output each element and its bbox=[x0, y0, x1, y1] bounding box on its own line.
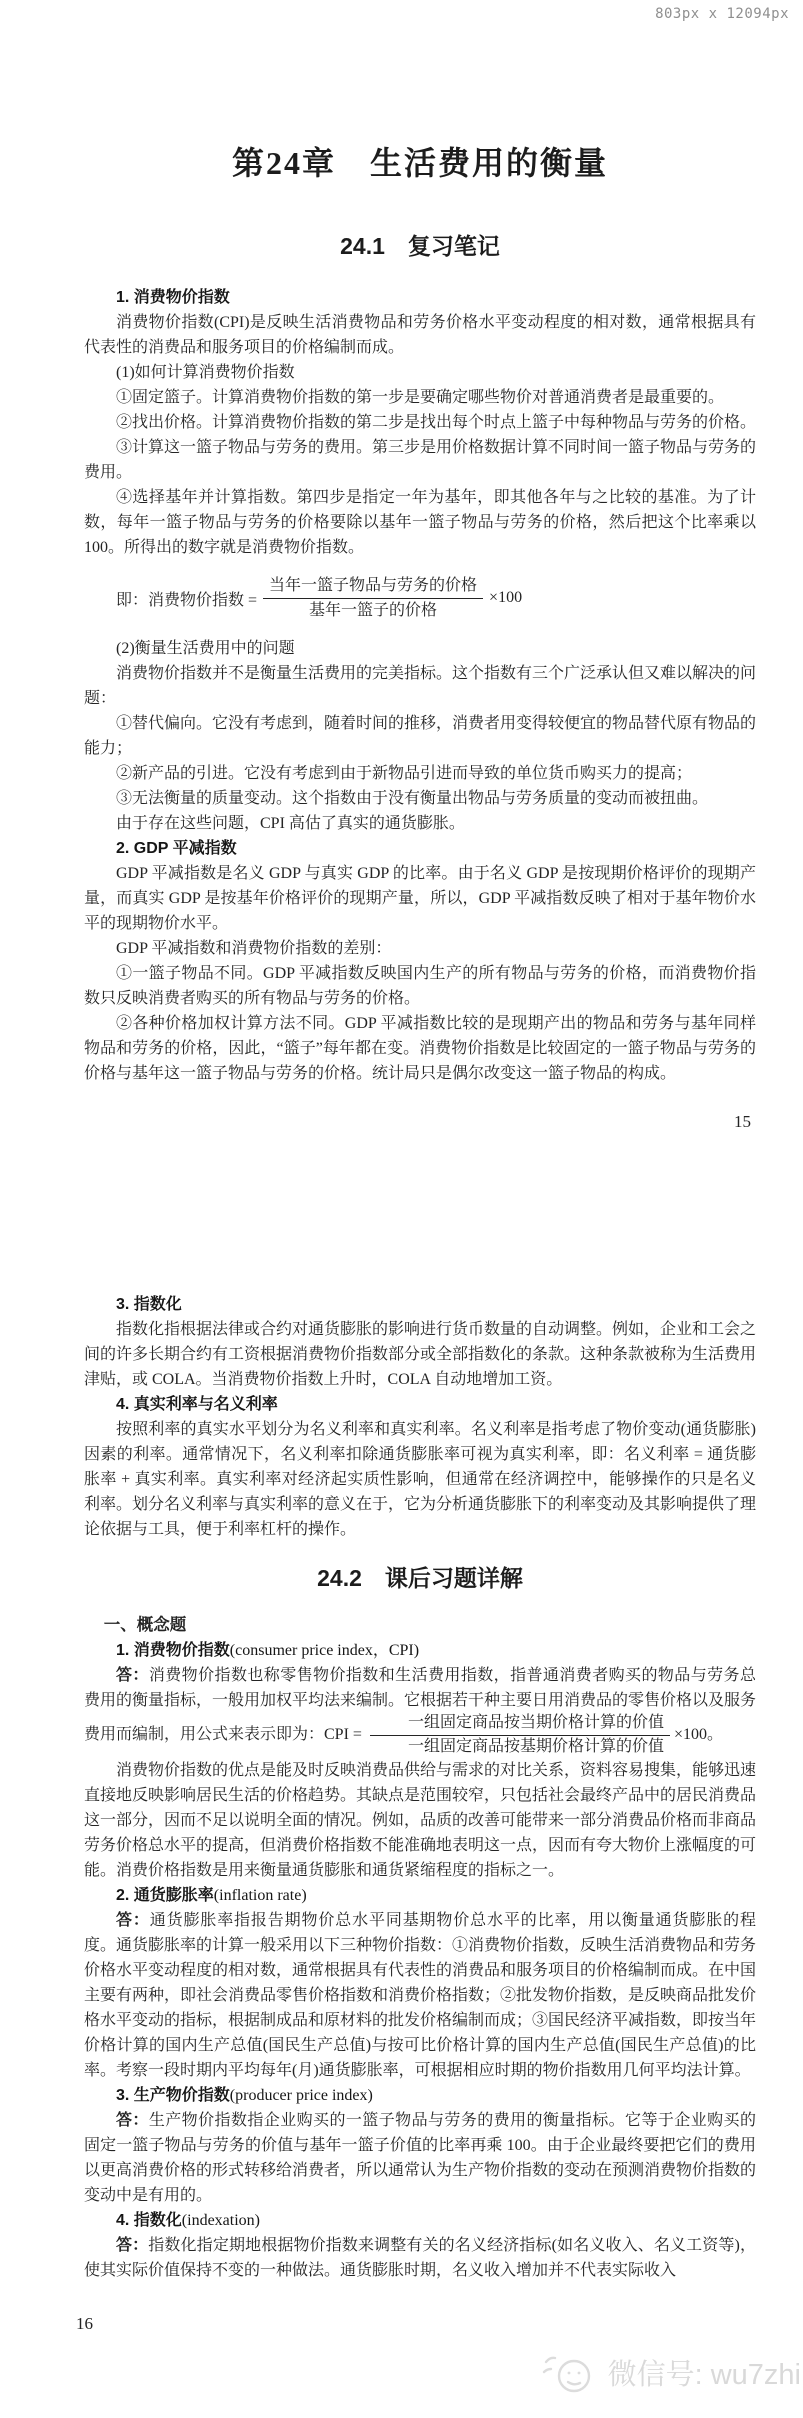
fraction-denominator: 基年一篮子的价格 bbox=[263, 599, 483, 622]
section-title-24-1: 24.1 复习笔记 bbox=[84, 228, 756, 261]
inline-fraction-denominator: 一组固定商品按基期价格计算的价值 bbox=[370, 1736, 670, 1758]
heading-cpi: 1. 消费物价指数 bbox=[84, 285, 756, 310]
answer-4: 答：指数化指定期地根据物价指数来调整有关的名义经济指标(如名义收入、名义工资等)… bbox=[84, 2233, 756, 2283]
cpi-inline-fraction: 一组固定商品按当期价格计算的价值 一组固定商品按基期价格计算的价值 bbox=[370, 1713, 670, 1758]
answer-1-continued: 消费物价指数的优点是能及时反映消费品供给与需求的对比关系，资料容易搜集，能够迅速… bbox=[84, 1758, 756, 1883]
section-title-24-2: 24.2 课后习题详解 bbox=[84, 1560, 756, 1593]
wechat-watermark-text: 微信号: wu7zhi bbox=[608, 2352, 801, 2393]
answer-4-text: 指数化指定期地根据物价指数来调整有关的名义经济指标(如名义收入、名义工资等)，使… bbox=[84, 2237, 756, 2279]
question-1-title-en: (consumer price index，CPI) bbox=[230, 1642, 419, 1659]
para-gdp-cpi-differences-head: GDP 平减指数和消费物价指数的差别： bbox=[84, 936, 756, 961]
para-cpi-definition: 消费物价指数(CPI)是反映生活消费物品和劳务价格水平变动程度的相对数，通常根据… bbox=[84, 310, 756, 360]
heading-concept-questions: 一、概念题 bbox=[84, 1613, 756, 1638]
answer-1: 答：消费物价指数也称零售物价指数和生活费用指数，指普通消费者购买的物品与劳务总费… bbox=[84, 1663, 756, 1758]
book-page-15: 第24章 生活费用的衡量 24.1 复习笔记 1. 消费物价指数 消费物价指数(… bbox=[84, 138, 756, 1086]
chapter-title: 第24章 生活费用的衡量 bbox=[84, 138, 756, 184]
page-number-15: 15 bbox=[734, 1112, 751, 1132]
para-step3-compute-cost: ③计算这一篮子物品与劳务的费用。第三步是用价格数据计算不同时间一篮子物品与劳务的… bbox=[84, 435, 756, 485]
answer-4-label: 答： bbox=[116, 2237, 148, 2254]
para-real-nominal-rates: 按照利率的真实水平划分为名义利率和真实利率。名义利率是指考虑了物价变动(通货膨胀… bbox=[84, 1417, 756, 1542]
inline-fraction-numerator: 一组固定商品按当期价格计算的价值 bbox=[370, 1713, 670, 1736]
answer-3-label: 答： bbox=[116, 2112, 149, 2129]
answer-3: 答：生产物价指数指企业购买的一篮子物品与劳务的费用的衡量指标。它等于企业购买的固… bbox=[84, 2108, 756, 2208]
answer-2-label: 答： bbox=[116, 1912, 150, 1929]
para-gdp-cpi-difference-2: ②各种价格加权计算方法不同。GDP 平减指数比较的是现期产出的物品和劳务与基年同… bbox=[84, 1011, 756, 1086]
page-number-16: 16 bbox=[76, 2314, 93, 2334]
scanned-book-page: 803px x 12094px 第24章 生活费用的衡量 24.1 复习笔记 1… bbox=[0, 0, 803, 2418]
para-how-to-compute: (1)如何计算消费物价指数 bbox=[84, 360, 756, 385]
image-dimensions-label: 803px x 12094px bbox=[655, 6, 789, 22]
question-2-title: 2. 通货膨胀率(inflation rate) bbox=[84, 1883, 756, 1908]
cpi-display-formula: 即：消费物价指数 = 当年一篮子物品与劳务的价格 基年一篮子的价格 ×100 bbox=[84, 567, 756, 629]
question-3-title: 3. 生产物价指数(producer price index) bbox=[84, 2083, 756, 2108]
para-problems-heading: (2)衡量生活费用中的问题 bbox=[84, 636, 756, 661]
formula-lead: 即：消费物价指数 = bbox=[116, 587, 257, 610]
fraction: 当年一篮子物品与劳务的价格 基年一篮子的价格 bbox=[263, 575, 483, 621]
heading-real-nominal-rates: 4. 真实利率与名义利率 bbox=[84, 1392, 756, 1417]
para-gdp-cpi-difference-1: ①一篮子物品不同。GDP 平减指数反映国内生产的所有物品与劳务的价格，而消费物价… bbox=[84, 961, 756, 1011]
question-4-title-en: (indexation) bbox=[182, 2212, 260, 2229]
wechat-doodle-face-icon bbox=[538, 2348, 600, 2396]
para-problem-quality-change: ③无法衡量的质量变动。这个指数由于没有衡量出物品与劳务质量的变动而被扭曲。 bbox=[84, 786, 756, 811]
answer-1-suffix: ×100。 bbox=[674, 1726, 723, 1743]
book-page-16: 3. 指数化 指数化指根据法律或合约对通货膨胀的影响进行货币数量的自动调整。例如… bbox=[84, 1292, 756, 2283]
question-4-title-zh: 4. 指数化 bbox=[116, 2212, 182, 2229]
answer-3-text: 生产物价指数指企业购买的一篮子物品与劳务的费用的衡量指标。它等于企业购买的固定一… bbox=[84, 2112, 756, 2204]
para-step4-base-year: ④选择基年并计算指数。第四步是指定一年为基年，即其他各年与之比较的基准。为了计数… bbox=[84, 485, 756, 560]
question-4-title: 4. 指数化(indexation) bbox=[84, 2208, 756, 2233]
question-1-title-zh: 1. 消费物价指数 bbox=[116, 1642, 230, 1659]
para-problem-substitution-bias: ①替代偏向。它没有考虑到，随着时间的推移，消费者用变得较便宜的物品替代原有物品的… bbox=[84, 711, 756, 761]
para-problems-intro: 消费物价指数并不是衡量生活费用的完美指标。这个指数有三个广泛承认但又难以解决的问… bbox=[84, 661, 756, 711]
wechat-watermark: 微信号: wu7zhi bbox=[538, 2348, 801, 2396]
para-cpi-overstates: 由于存在这些问题，CPI 高估了真实的通货膨胀。 bbox=[84, 811, 756, 836]
question-3-title-zh: 3. 生产物价指数 bbox=[116, 2087, 230, 2104]
answer-2-text: 通货膨胀率指报告期物价总水平同基期物价总水平的比率，用以衡量通货膨胀的程度。通货… bbox=[84, 1912, 756, 2079]
formula-suffix: ×100 bbox=[489, 589, 522, 607]
answer-2: 答：通货膨胀率指报告期物价总水平同基期物价总水平的比率，用以衡量通货膨胀的程度。… bbox=[84, 1908, 756, 2083]
question-2-title-en: (inflation rate) bbox=[214, 1887, 307, 1904]
question-1-title: 1. 消费物价指数(consumer price index，CPI) bbox=[84, 1638, 756, 1663]
para-problem-new-goods: ②新产品的引进。它没有考虑到由于新物品引进而导致的单位货币购买力的提高； bbox=[84, 761, 756, 786]
para-indexation-note: 指数化指根据法律或合约对通货膨胀的影响进行货币数量的自动调整。例如，企业和工会之… bbox=[84, 1317, 756, 1392]
heading-gdp-deflator: 2. GDP 平减指数 bbox=[84, 836, 756, 861]
question-3-title-en: (producer price index) bbox=[230, 2087, 373, 2104]
fraction-numerator: 当年一篮子物品与劳务的价格 bbox=[263, 575, 483, 599]
answer-1-label: 答： bbox=[116, 1667, 149, 1684]
para-gdp-deflator-definition: GDP 平减指数是名义 GDP 与真实 GDP 的比率。由于名义 GDP 是按现… bbox=[84, 861, 756, 936]
heading-indexation-note: 3. 指数化 bbox=[84, 1292, 756, 1317]
para-step2-find-prices: ②找出价格。计算消费物价指数的第二步是找出每个时点上篮子中每种物品与劳务的价格。 bbox=[84, 410, 756, 435]
question-2-title-zh: 2. 通货膨胀率 bbox=[116, 1887, 214, 1904]
para-step1-fixed-basket: ①固定篮子。计算消费物价指数的第一步是要确定哪些物价对普通消费者是最重要的。 bbox=[84, 385, 756, 410]
